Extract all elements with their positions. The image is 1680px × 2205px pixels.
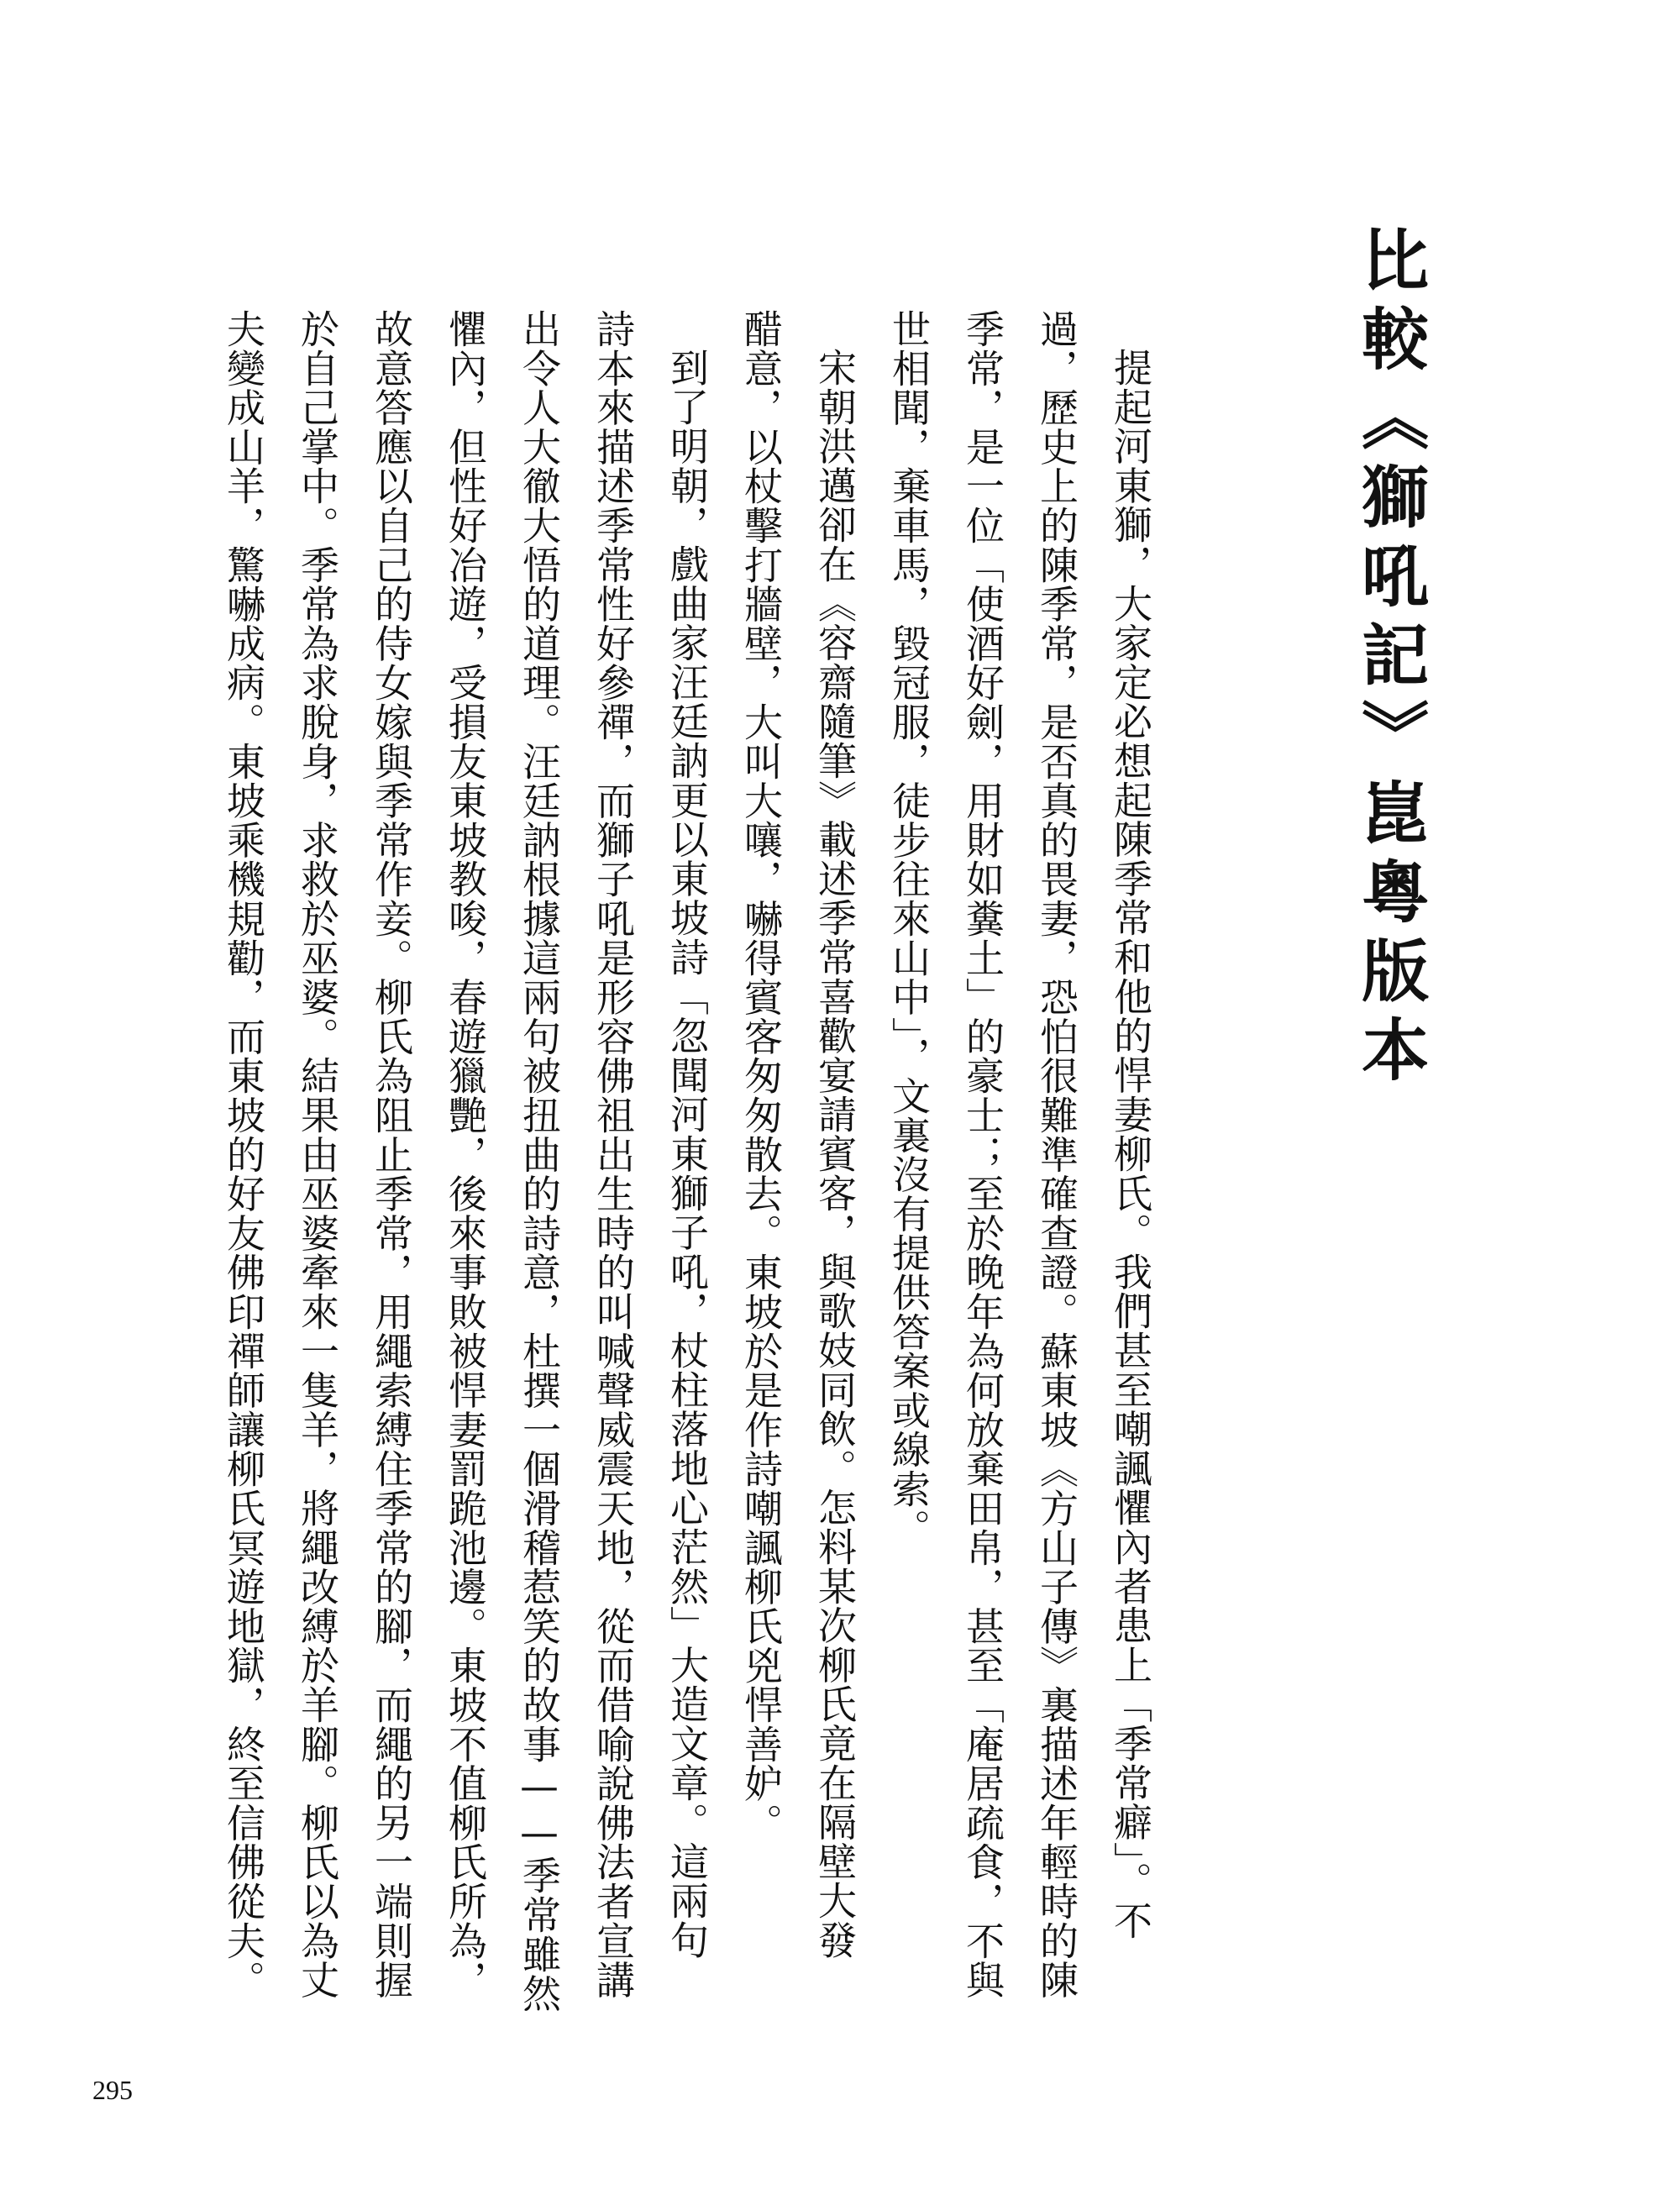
body-text: 提起河東獅，大家定必想起陳季常和他的悍妻柳氏。我們甚至嘲諷懼內者患上「季常癖」。… xyxy=(207,309,1168,1956)
chapter-title: 比較《獅吼記》崑粵版本 xyxy=(1343,225,1436,1107)
paragraph-column: 詩本來描述季常性好參禪，而獅子吼是形容佛祖出生時的叫喊聲威震天地，從而借喻說佛法… xyxy=(576,309,650,1956)
page-number: 295 xyxy=(92,2075,133,2106)
paragraph-column: 醋意，以杖擊打牆壁，大叫大嚷，嚇得賓客匆匆散去。東坡於是作詩嘲諷柳氏兇悍善妒。 xyxy=(724,309,798,1956)
paragraph-column: 到了明朝，戲曲家汪廷訥更以東坡詩「忽聞河東獅子吼，杖柱落地心茫然」大造文章。這兩… xyxy=(650,309,724,1956)
paragraph-column: 季常，是一位「使酒好劍，用財如糞土」的豪士；至於晚年為何放棄田帛，甚至「庵居疏食… xyxy=(946,309,1020,1956)
book-page: 比較《獅吼記》崑粵版本 提起河東獅，大家定必想起陳季常和他的悍妻柳氏。我們甚至嘲… xyxy=(0,0,1680,2205)
paragraph-column: 夫變成山羊，驚嚇成病。東坡乘機規勸，而東坡的好友佛印禪師讓柳氏冥遊地獄，終至信佛… xyxy=(207,309,281,1956)
paragraph-column: 懼內，但性好冶遊，受損友東坡教唆，春遊獵艷，後來事敗被悍妻罰跪池邊。東坡不值柳氏… xyxy=(428,309,502,1956)
paragraph-column: 出令人大徹大悟的道理。汪廷訥根據這兩句被扭曲的詩意，杜撰一個滑稽惹笑的故事——季… xyxy=(502,309,576,1956)
paragraph-column: 過，歷史上的陳季常，是否真的畏妻，恐怕很難準確查證。蘇東坡《方山子傳》裏描述年輕… xyxy=(1020,309,1094,1956)
paragraph-column: 提起河東獅，大家定必想起陳季常和他的悍妻柳氏。我們甚至嘲諷懼內者患上「季常癖」。… xyxy=(1094,309,1168,1956)
paragraph-column: 於自己掌中。季常為求脫身，求救於巫婆。結果由巫婆牽來一隻羊，將繩改縛於羊腳。柳氏… xyxy=(281,309,354,1956)
paragraph-column: 世相聞，棄車馬，毀冠服，徒步往來山中」，文裏沒有提供答案或線索。 xyxy=(872,309,946,1956)
paragraph-column: 宋朝洪邁卻在《容齋隨筆》載述季常喜歡宴請賓客，與歌妓同飲。怎料某次柳氏竟在隔壁大… xyxy=(798,309,872,1956)
paragraph-column: 故意答應以自己的侍女嫁與季常作妾。柳氏為阻止季常，用繩索縛住季常的腳，而繩的另一… xyxy=(354,309,428,1956)
